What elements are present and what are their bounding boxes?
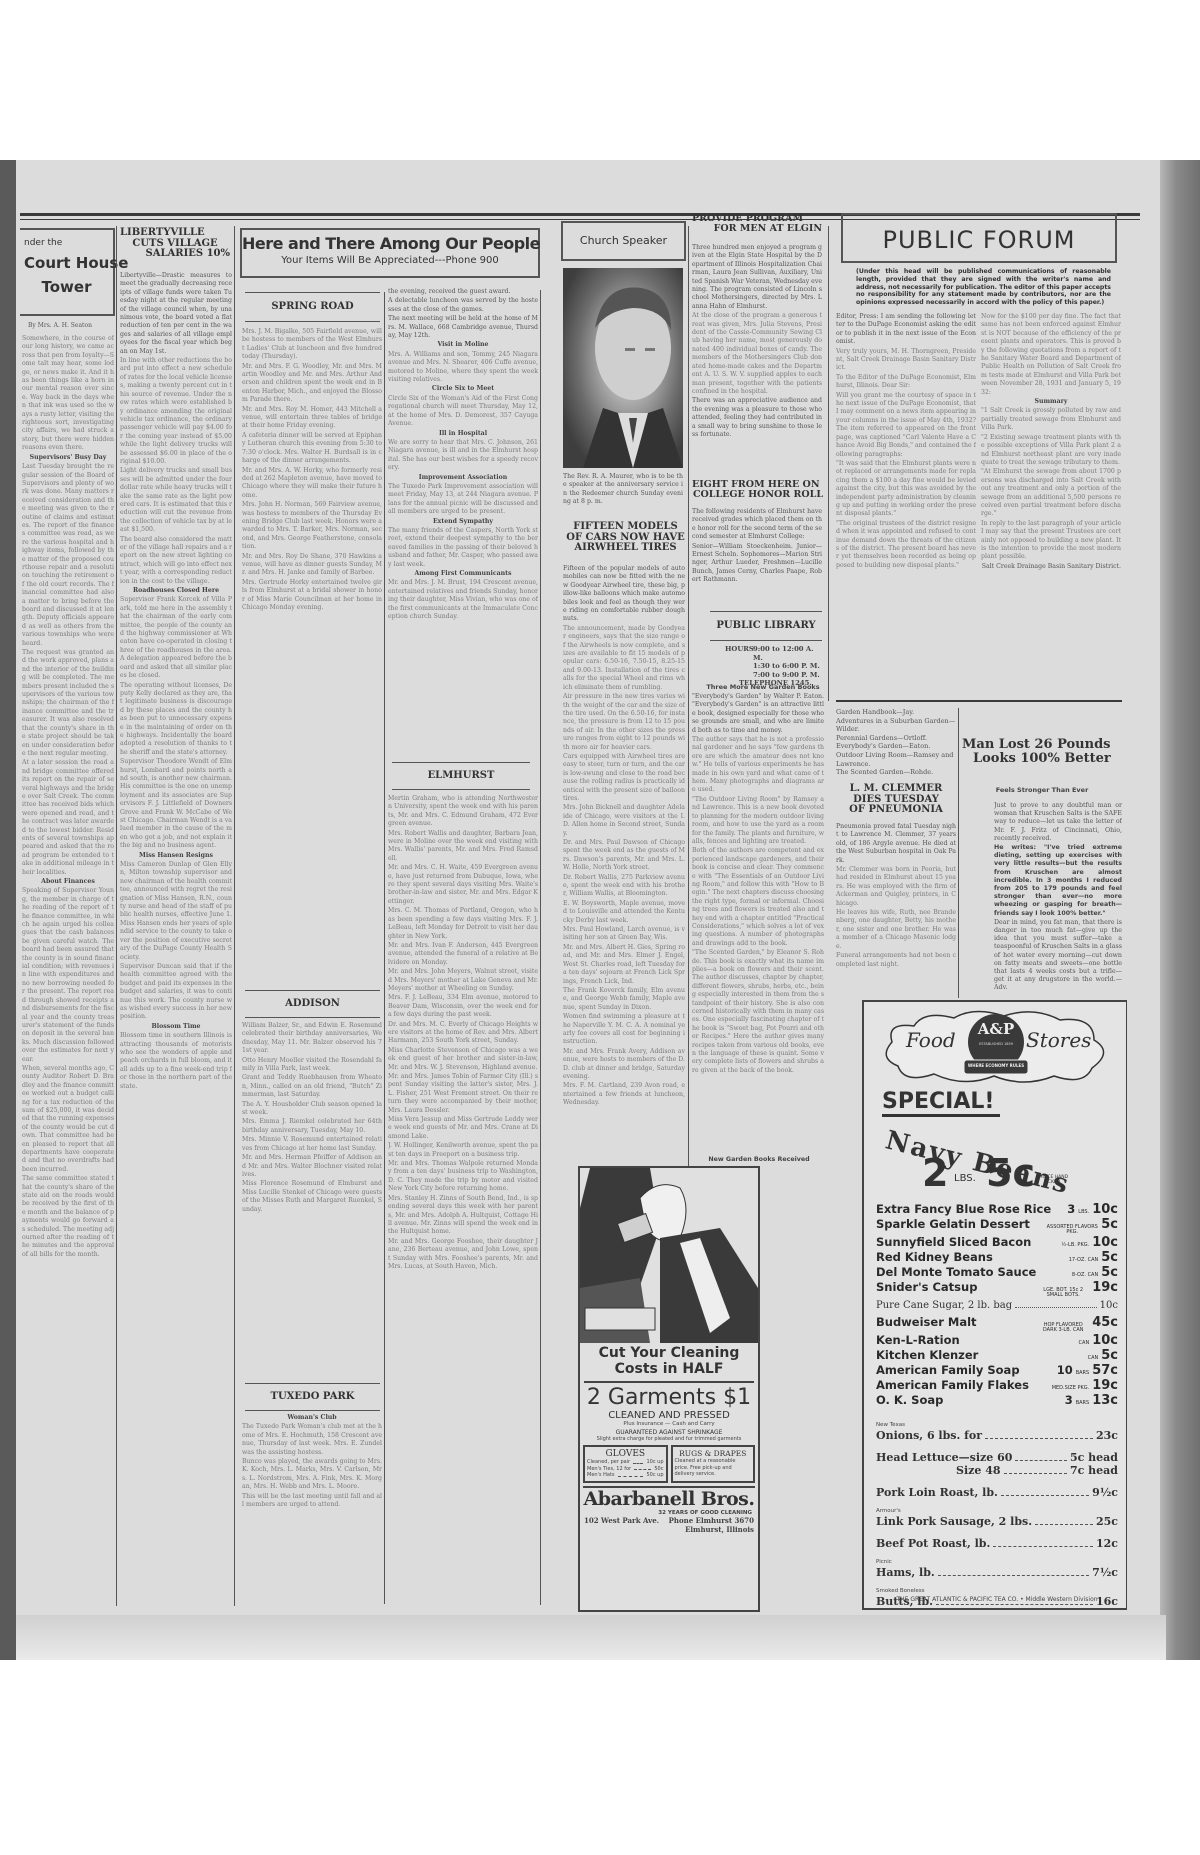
here-and-there-banner: Here and There Among Our People Your Ite…: [240, 228, 540, 278]
ap-special-item-name: Ken-L-Ration: [876, 1333, 960, 1348]
gloves-row-item: Men's Hats: [587, 1472, 615, 1479]
roadhouses-subhead: Roadhouses Closed Here: [120, 587, 232, 595]
clemmer-body: Pneumonia proved fatal Tuesday night to …: [836, 823, 956, 998]
miss-hansen-subhead: Miss Hansen Resigns: [120, 852, 232, 860]
ap-special-item-qty: 3: [1067, 1202, 1075, 1217]
rugs-text: Cleaned at a reasonable price. Free pick…: [675, 1458, 752, 1478]
ap-special-item-price: 10c: [1092, 1333, 1118, 1348]
garden-list-item: Garden Handbook—Jay.: [836, 708, 956, 717]
airwheel-headline-line3: AIRWHEEL TIRES: [563, 543, 688, 554]
garden-list: Garden Handbook—Jay. Adventures in a Sub…: [836, 708, 956, 777]
forum-bottom-rule: [836, 700, 1122, 702]
ap-produce-price: 9½c: [1092, 1486, 1118, 1499]
ap-produce-list: New TexasOnions, 6 lbs. for23cHead Lettu…: [864, 1408, 1126, 1608]
page-bottom-edge: [16, 1615, 1166, 1660]
rugs-box: RUGS & DRAPES Cleaned at a reasonable pr…: [671, 1445, 756, 1483]
ap-special-item-price: 13c: [1092, 1393, 1118, 1408]
ap-produce-item: Size 487c head: [876, 1464, 1118, 1477]
ap-special-item: Extra Fancy Blue Rose Rice3LBS.10c: [876, 1202, 1118, 1217]
portrait-illustration: [563, 268, 683, 468]
gloves-prices: Cleaned, per pair10c up Men's Ties, 12 f…: [587, 1459, 664, 1479]
ap-produce-prefix: New Texas: [876, 1422, 1118, 1429]
public-library-title: PUBLIC LIBRARY: [710, 621, 822, 632]
ap-feature-note: CHOICE HAND PICKED: [1032, 1175, 1072, 1185]
ap-feature-price: 5c: [986, 1153, 1035, 1193]
leader-dots: [936, 1604, 1093, 1605]
ap-logo-badge: WHERE ECONOMY RULES: [966, 1063, 1026, 1068]
kruschen-body: Just to prove to any doubtful man or wom…: [994, 802, 1122, 998]
ap-special-item-qty: 10: [1057, 1363, 1073, 1378]
leader-dots: [1035, 1524, 1093, 1525]
ap-produce-item: Head Lettuce—size 605c head: [876, 1451, 1118, 1464]
ap-footer: THE GREAT ATLANTIC & PACIFIC TEA CO. • M…: [874, 1596, 1120, 1603]
ap-ad: Food A&P ESTABLISHED 1859 WHERE ECONOMY …: [862, 1000, 1127, 1610]
ap-special-item-unit: 8-OZ. CAN: [1072, 1273, 1098, 1278]
ap-produce-row: Link Pork Sausage, 2 lbs.25c: [876, 1515, 1118, 1528]
spring-road-title: SPRING ROAD: [245, 302, 380, 313]
court-house-byline: By Mrs. A. H. Seaton: [28, 322, 92, 329]
first-communicants-subhead: Among First Communicants: [388, 570, 538, 578]
ap-produce-name: Beef Pot Roast, lb.: [876, 1537, 990, 1550]
ap-special-item-unit: ASSORTED FLAVORS PKG.: [1046, 1225, 1098, 1235]
public-forum-signature: Salt Creek Drainage Basin Sanitary Distr…: [981, 563, 1121, 571]
public-forum-notice: (Under this head will be published commu…: [856, 268, 1111, 307]
ap-produce-name: Hams, lb.: [876, 1566, 935, 1579]
gloves-box: GLOVES Cleaned, per pair10c up Men's Tie…: [583, 1445, 668, 1483]
elgin-headline-line2: FOR MEN AT ELGIN: [692, 224, 822, 234]
public-forum-summary-label: Summary: [981, 398, 1121, 406]
library-hours: HOURS 9:00 to 12:00 A. M. 1:30 to 6:00 P…: [725, 645, 825, 688]
ap-feature-unit: LBS.: [954, 1173, 976, 1184]
court-house-body: Somewhere, in the course of our long his…: [22, 335, 114, 1605]
visit-moline-subhead: Visit in Moline: [388, 341, 538, 349]
elgin-lead: Three hundred men enjoyed a program give…: [692, 244, 822, 311]
ap-special-item-price: 19c: [1092, 1280, 1118, 1295]
column-divider: [958, 708, 959, 998]
ap-produce-prefix: Picnic: [876, 1559, 1118, 1566]
cleaners-contact: 102 West Park Ave. Phone Elmhurst 3670: [580, 1516, 758, 1525]
ap-feature: Navy Beans 2 LBS. 5c CHOICE HAND PICKED: [864, 1117, 1126, 1192]
gloves-title: GLOVES: [587, 1449, 664, 1459]
leader-dots: [985, 1438, 1093, 1439]
airwheel-headline: FIFTEEN MODELS OF CARS NOW HAVE AIRWHEEL…: [563, 522, 688, 554]
cleaners-offer-note: Plus Insurance — Cash and Carry: [580, 1421, 758, 1427]
ap-special-item-unit: LBS.: [1078, 1210, 1089, 1215]
ap-special-item-price: 19c: [1092, 1378, 1118, 1393]
ap-special-item-price: 10c: [1092, 1235, 1118, 1250]
newspaper-page-scan: nder the Court House Tower By Mrs. A. H.…: [0, 0, 1200, 1855]
about-finances-subhead: About Finances: [22, 878, 114, 886]
honor-roll-names: Senior—William Stoeckenheim. Junior—Erne…: [692, 543, 822, 585]
leader-dots: [993, 1546, 1093, 1547]
court-house-prefix: nder the: [24, 238, 113, 248]
garden-list-item: Perennial Gardens—Ortloff.: [836, 734, 956, 743]
ap-produce-item: PicnicHams, lb.7½c: [876, 1559, 1118, 1579]
extend-sympathy-subhead: Extend Sympathy: [388, 518, 538, 526]
ap-logo-left: Food: [906, 1028, 956, 1052]
cleaners-ad: Cut Your Cleaning Costs in HALF 2 Garmen…: [578, 1166, 760, 1612]
ap-produce-name: Size 48: [956, 1464, 1001, 1477]
ap-special-item: Snider's CatsupLGE. BOT. 15c 2 SMALL BOT…: [876, 1280, 1118, 1298]
ap-produce-row: Hams, lb.7½c: [876, 1566, 1118, 1579]
elgin-closing: There was an appreciative audience and t…: [692, 397, 822, 439]
ap-produce-item: Armour'sLink Pork Sausage, 2 lbs.25c: [876, 1508, 1118, 1528]
ap-produce-price: 7½c: [1092, 1566, 1118, 1579]
libertyville-lead: Libertyville—Drastic measures to meet th…: [120, 272, 232, 356]
cleaners-headline-line2: Costs in HALF: [580, 1361, 758, 1377]
ap-special-item-name: Snider's Catsup: [876, 1280, 977, 1295]
cleaners-services: GLOVES Cleaned, per pair10c up Men's Tie…: [583, 1445, 755, 1483]
library-hours-morning: 9:00 to 12:00 A. M.: [753, 645, 825, 662]
church-speaker-box: Church Speaker: [561, 221, 686, 261]
ap-special-item-name: O. K. Soap: [876, 1393, 943, 1408]
ap-special-item-name: Sunnyfield Sliced Bacon: [876, 1235, 1031, 1250]
elgin-body: Three hundred men enjoyed a program give…: [692, 244, 822, 469]
tuxedo-park-box: TUXEDO PARK: [245, 1383, 380, 1411]
clemmer-lead: Pneumonia proved fatal Tuesday night to …: [836, 823, 956, 865]
library-body: "Everybody's Garden" by Walter P. Eaton.…: [692, 693, 824, 1153]
column-divider: [116, 226, 117, 1606]
column-divider: [828, 226, 829, 701]
public-forum-box: PUBLIC FORUM: [841, 213, 1117, 263]
ap-produce-price: 5c head: [1070, 1451, 1118, 1464]
ap-produce-item: New TexasOnions, 6 lbs. for23c: [876, 1422, 1118, 1442]
library-hours-evening: 7:00 to 9:00 P. M.: [725, 671, 825, 680]
ap-special-item: Sparkle Gelatin DessertASSORTED FLAVORS …: [876, 1217, 1118, 1235]
ap-special-item: Ken-L-RationCAN10c: [876, 1333, 1118, 1348]
ap-special-item-price: 57c: [1092, 1363, 1118, 1378]
kruschen-headline-line2: Looks 100% Better: [962, 752, 1122, 766]
library-footer: New Garden Books Received: [694, 1156, 824, 1163]
ap-produce-name: Link Pork Sausage, 2 lbs.: [876, 1515, 1032, 1528]
public-library-box: PUBLIC LIBRARY: [710, 611, 822, 641]
ap-feature-qty: 2: [922, 1153, 948, 1193]
ap-special-item: American Family FlakesMED.SIZE PKG.19c: [876, 1378, 1118, 1393]
clemmer-headline: L. M. CLEMMER DIES TUESDAY OF PNEUMONIA: [836, 784, 956, 816]
public-forum-letter-lead: Editor, Press: I am sending the followin…: [836, 313, 976, 347]
ap-special: SPECIAL!: [882, 1090, 1000, 1117]
cleaners-city: Elmhurst, Illinois: [580, 1525, 758, 1534]
ap-special-item: Kitchen KlenzerCAN5c: [876, 1348, 1118, 1363]
kruschen-subhead: Feels Stronger Than Ever: [962, 786, 1122, 794]
cleaners-offer-sub: CLEANED AND PRESSED: [580, 1410, 758, 1421]
gloves-row: Men's Hats50c up: [587, 1472, 664, 1479]
honor-roll-lead: The following residents of Elmhurst have…: [692, 508, 822, 542]
ap-special-item-price: 45c: [1092, 1315, 1118, 1330]
womans-club-subhead: Woman's Club: [242, 1414, 382, 1422]
ap-produce-price: 25c: [1096, 1515, 1118, 1528]
ap-produce-name: Pork Loin Roast, lb.: [876, 1486, 998, 1499]
ap-special-item-name: Sparkle Gelatin Dessert: [876, 1217, 1030, 1232]
ap-sugar-row: Pure Cane Sugar, 2 lb. bag 10c: [864, 1300, 1126, 1313]
ill-hospital-subhead: Ill in Hospital: [388, 430, 538, 438]
ap-special-item-qty: 3: [1065, 1393, 1073, 1408]
ap-special-item-price: 5c: [1101, 1217, 1118, 1232]
cleaners-offer: 2 Garments $1: [580, 1385, 758, 1410]
leader-dots: [1015, 1307, 1097, 1308]
ap-produce-name: Head Lettuce—size 60: [876, 1451, 1012, 1464]
church-speaker-photo: [563, 268, 683, 468]
ap-produce-row: Beef Pot Roast, lb.12c: [876, 1537, 1118, 1550]
here-and-there-snippet-1: the evening, received the guest award.: [388, 288, 538, 296]
elgin-headline: PROVIDE PROGRAM FOR MEN AT ELGIN: [692, 214, 822, 234]
ap-special-item: Budweiser MaltHOP FLAVORED DARK 3-LB. CA…: [876, 1315, 1118, 1333]
column-divider: [384, 292, 385, 1604]
rugs-title: RUGS & DRAPES: [675, 1449, 752, 1458]
ap-sugar-price: 10c: [1100, 1300, 1118, 1311]
garden-list-item: Adventures in a Suburban Garden—Wilder.: [836, 717, 956, 734]
garden-list-item: The Scented Garden—Rohde.: [836, 768, 956, 777]
ap-special-item-name: Del Monte Tomato Sauce: [876, 1265, 1036, 1280]
cleaners-illustration: [580, 1168, 758, 1343]
ap-special-item: Red Kidney Beans17-OZ. CAN5c: [876, 1250, 1118, 1265]
court-house-tower-header-box: nder the Court House Tower: [20, 228, 115, 316]
ap-special-item-price: 5c: [1101, 1250, 1118, 1265]
tuxedo-park-body: Woman's Club The Tuxedo Park Woman's clu…: [242, 1414, 382, 1604]
ap-special-item-price: 5c: [1101, 1265, 1118, 1280]
spring-road-body: Mrs. J. M. Bigalke, 505 Fairfield avenue…: [242, 328, 382, 698]
ap-special-item-unit: LGE. BOT. 15c 2 SMALL BOTS.: [1037, 1288, 1089, 1298]
elmhurst-title: ELMHURST: [392, 771, 530, 782]
airwheel-headline-line1: FIFTEEN MODELS: [563, 522, 688, 533]
ap-produce-price: 12c: [1096, 1537, 1118, 1550]
ap-special-item-unit: MED.SIZE PKG.: [1052, 1386, 1090, 1391]
cleaners-surcharge: Slight extra charge for pleated and fur …: [580, 1436, 758, 1442]
ap-produce-row: Onions, 6 lbs. for23c: [876, 1429, 1118, 1442]
scan-edge-right: [1160, 160, 1200, 1660]
ap-special-item-name: Kitchen Klenzer: [876, 1348, 978, 1363]
addison-box: ADDISON: [245, 990, 380, 1018]
clemmer-headline-line3: OF PNEUMONIA: [836, 805, 956, 816]
cleaners-company: Abarbanell Bros.: [580, 1488, 758, 1510]
column-divider: [540, 290, 541, 1605]
ap-produce-price: 23c: [1096, 1429, 1118, 1442]
ap-feature-item: Navy Beans: [882, 1125, 1072, 1200]
clemmer-headline-line1: L. M. CLEMMER: [836, 784, 956, 795]
cleaners-divider: [584, 1381, 754, 1383]
ap-special-item-unit: BARS: [1076, 1371, 1090, 1376]
ap-logo: Food A&P ESTABLISHED 1859 WHERE ECONOMY …: [864, 1002, 1126, 1090]
supervisors-subhead: Supervisors' Busy Day: [22, 454, 114, 462]
column-divider: [688, 226, 689, 1166]
ap-special-item-unit: CAN: [1079, 1341, 1090, 1346]
ap-produce-price: 7c head: [1070, 1464, 1118, 1477]
here-and-there-col2: the evening, received the guest award. A…: [388, 288, 538, 758]
libertyville-body: Libertyville—Drastic measures to meet th…: [120, 272, 232, 1607]
libertyville-headline: LIBERTYVILLE CUTS VILLAGE SALARIES 10%: [120, 228, 230, 260]
ap-logo-center: A&P: [976, 1020, 1016, 1038]
spring-road-box: SPRING ROAD: [245, 292, 380, 322]
ap-special-item-name: Extra Fancy Blue Rose Rice: [876, 1202, 1051, 1217]
ap-special-item-unit: 17-OZ. CAN: [1069, 1258, 1099, 1263]
kruschen-headline: Man Lost 26 Pounds Looks 100% Better: [962, 738, 1122, 765]
honor-roll-headline: EIGHT FROM HERE ON COLLEGE HONOR ROLL: [692, 480, 824, 500]
cleaners-headline-line1: Cut Your Cleaning: [580, 1345, 758, 1361]
cleaners-phone: Phone Elmhurst 3670: [669, 1516, 754, 1525]
here-and-there-snippet-3: The next meeting will be held at the hom…: [388, 315, 538, 340]
airwheel-body: Fifteen of the popular models of automob…: [563, 565, 685, 1145]
kruschen-quote: He writes: "I've tried extreme dieting, …: [994, 844, 1122, 918]
kruschen-lead: Just to prove to any doubtful man or wom…: [994, 802, 1122, 843]
ap-special-item-price: 5c: [1101, 1348, 1118, 1363]
leader-dots: [938, 1575, 1089, 1576]
ap-special-item-unit: HOP FLAVORED DARK 3-LB. CAN: [1037, 1323, 1089, 1333]
public-forum-title: PUBLIC FORUM: [843, 226, 1115, 254]
ap-produce-item: Beef Pot Roast, lb.12c: [876, 1537, 1118, 1550]
addison-body: William Balzer, Sr., and Edwin E. Rosemu…: [242, 1022, 382, 1382]
ap-special-item-name: Red Kidney Beans: [876, 1250, 993, 1265]
gloves-row-price: 50c up: [646, 1472, 663, 1479]
ap-special-item-unit: CAN: [1088, 1356, 1099, 1361]
tuxedo-park-title: TUXEDO PARK: [245, 1392, 380, 1403]
column-divider: [234, 226, 235, 1606]
ap-sugar-name: Pure Cane Sugar, 2 lb. bag: [876, 1300, 1012, 1311]
kruschen-headline-line1: Man Lost 26 Pounds: [962, 738, 1122, 752]
here-and-there-title: Here and There Among Our People: [242, 234, 538, 253]
ap-produce-row: Pork Loin Roast, lb.9½c: [876, 1486, 1118, 1499]
honor-roll-body: The following residents of Elmhurst have…: [692, 508, 822, 608]
ap-special-item: O. K. Soap3BARS13c: [876, 1393, 1118, 1408]
leader-dots: [1001, 1495, 1089, 1496]
elmhurst-body: Mertin Graham, who is attending Northwes…: [388, 795, 538, 1605]
garden-list-item: Everybody's Garden—Eaton.: [836, 742, 956, 751]
library-hours-row: HOURS 9:00 to 12:00 A. M.: [725, 645, 825, 662]
ap-produce-row: Head Lettuce—size 605c head: [876, 1451, 1118, 1464]
cleaners-address: 102 West Park Ave.: [584, 1516, 659, 1525]
honor-roll-headline-line2: COLLEGE HONOR ROLL: [692, 490, 824, 500]
ap-logo-established: ESTABLISHED 1859: [976, 1042, 1016, 1046]
library-hours-label: HOURS: [725, 645, 753, 662]
ap-produce-name: Onions, 6 lbs. for: [876, 1429, 982, 1442]
ap-special-item-price: 10c: [1092, 1202, 1118, 1217]
leader-dots: [1015, 1460, 1067, 1461]
garden-list-item: Outdoor Living Room—Ramsey and Lawrence.: [836, 751, 956, 768]
ap-logo-right: Stores: [1026, 1028, 1091, 1052]
improvement-assoc-subhead: Improvement Association: [388, 474, 538, 482]
library-lead: "Everybody's Garden" by Walter P. Eaton.…: [692, 693, 824, 735]
here-and-there-subtitle: Your Items Will Be Appreciated---Phone 9…: [242, 255, 538, 266]
cleaners-guarantee: GUARANTEED AGAINST SHRINKAGE: [580, 1429, 758, 1436]
ap-special-item: Del Monte Tomato Sauce8-OZ. CAN5c: [876, 1265, 1118, 1280]
libertyville-headline-line3: SALARIES 10%: [120, 249, 230, 260]
ap-special-item-name: American Family Flakes: [876, 1378, 1029, 1393]
library-subhead: Three More New Garden Books: [699, 683, 827, 691]
ap-specials-list-2: Budweiser MaltHOP FLAVORED DARK 3-LB. CA…: [864, 1313, 1126, 1408]
leader-dots: [1004, 1473, 1067, 1474]
ap-special-item-unit: BARS: [1076, 1401, 1090, 1406]
public-forum-letter-col1: Editor, Press: I am sending the followin…: [836, 313, 976, 703]
ap-special-item-name: Budweiser Malt: [876, 1315, 977, 1330]
court-house-title: Court House: [24, 254, 113, 272]
ap-special-item: Sunnyfield Sliced Bacon½-LB. PKG.10c: [876, 1235, 1118, 1250]
ap-produce-row: Size 487c head: [876, 1464, 1118, 1477]
here-and-there-snippet-2: A delectable luncheon was served by the …: [388, 297, 538, 314]
circle-six-subhead: Circle Six to Meet: [388, 385, 538, 393]
ap-produce-prefix: Armour's: [876, 1508, 1118, 1515]
elmhurst-box: ELMHURST: [392, 762, 530, 790]
ap-specials-list: Extra Fancy Blue Rose Rice3LBS.10cSparkl…: [864, 1192, 1126, 1298]
court-house-sub: Tower: [20, 278, 113, 296]
cleaners-headline: Cut Your Cleaning Costs in HALF: [580, 1345, 758, 1377]
library-hours-afternoon: 1:30 to 6:00 P. M.: [725, 662, 825, 671]
airwheel-lead: Fifteen of the popular models of automob…: [563, 565, 685, 624]
church-speaker-title: Church Speaker: [563, 234, 684, 247]
ap-produce-prefix: Smoked Boneless: [876, 1588, 1118, 1595]
libertyville-headline-line1: LIBERTYVILLE: [120, 228, 230, 239]
addison-title: ADDISON: [245, 999, 380, 1010]
ap-special-item-unit: ½-LB. PKG.: [1061, 1243, 1089, 1248]
ap-produce-item: Pork Loin Roast, lb.9½c: [876, 1486, 1118, 1499]
ap-special-item-name: American Family Soap: [876, 1363, 1020, 1378]
ap-special-item: American Family Soap10BARS57c: [876, 1363, 1118, 1378]
church-speaker-caption: The Rev. R. A. Maurer, who is to be the …: [563, 473, 683, 515]
blossom-time-subhead: Blossom Time: [120, 1023, 232, 1031]
public-forum-letter-col2: Now for the $100 per day fine. The fact …: [981, 313, 1121, 703]
